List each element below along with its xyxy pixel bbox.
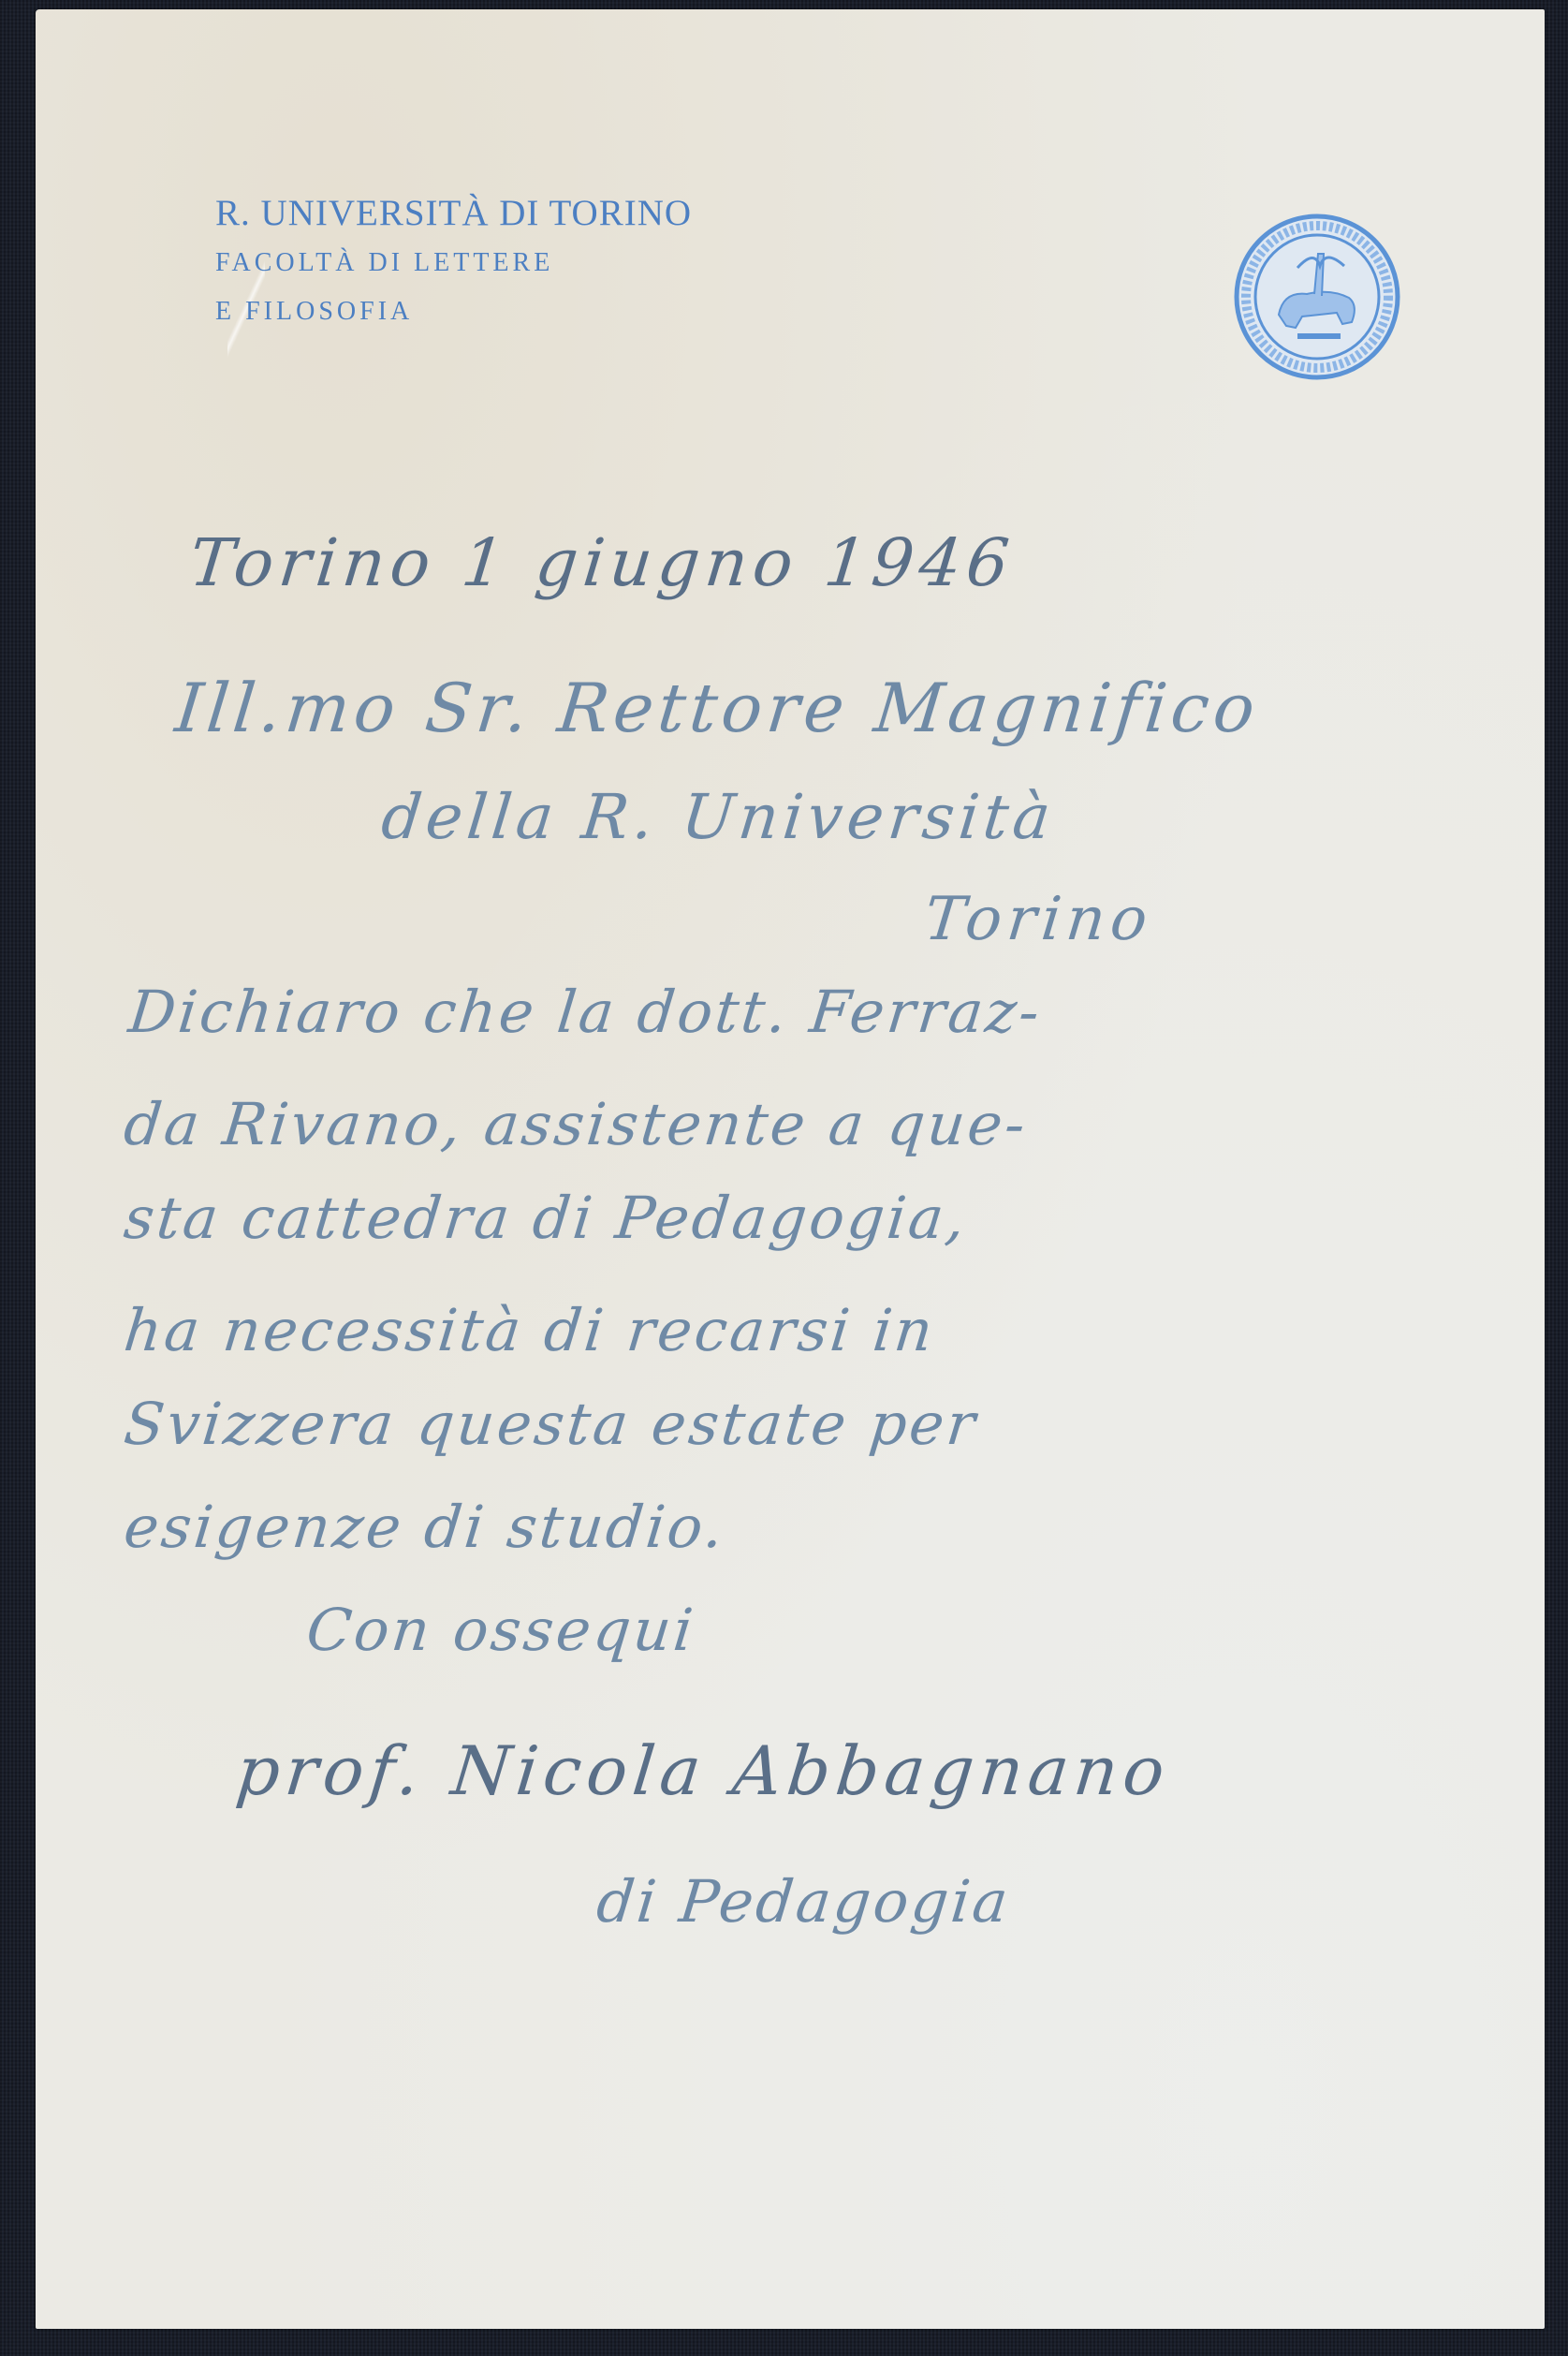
letter-closing: Con ossequi — [304, 1601, 698, 1659]
letter-body-line: da Rivano, assistente a que- — [122, 1096, 1031, 1154]
letter-body-line: sta cattedra di Pedagogia, — [122, 1189, 971, 1247]
letterhead-faculty-line2: E FILOSOFIA — [215, 299, 692, 325]
letter-recipient-line1: Ill.mo Sr. Rettore Magnifico — [172, 674, 1263, 742]
letter-body-line: Dichiaro che la dott. Ferraz- — [126, 983, 1045, 1041]
university-seal-icon — [1232, 212, 1402, 382]
letter-body-line: Svizzera questa estate per — [122, 1395, 981, 1453]
letterhead: R. UNIVERSITÀ DI TORINO FACOLTÀ DI LETTE… — [215, 195, 692, 325]
letter-signature-title: di Pedagogia — [594, 1873, 1014, 1931]
letter-body-line: ha necessità di recarsi in — [122, 1302, 938, 1360]
letter-signature: prof. Nicola Abbagnano — [233, 1737, 1173, 1804]
letterhead-faculty-line1: FACOLTÀ DI LETTERE — [215, 250, 692, 276]
letter-date-line: Torino 1 giugno 1946 — [186, 530, 1018, 596]
letter-sheet: R. UNIVERSITÀ DI TORINO FACOLTÀ DI LETTE… — [36, 9, 1545, 2329]
letter-body-line: esigenze di studio. — [122, 1498, 729, 1556]
letter-recipient-line3: Torino — [922, 890, 1156, 950]
letter-recipient-line2: della R. Università — [379, 787, 1058, 848]
letterhead-institution: R. UNIVERSITÀ DI TORINO — [215, 195, 692, 231]
